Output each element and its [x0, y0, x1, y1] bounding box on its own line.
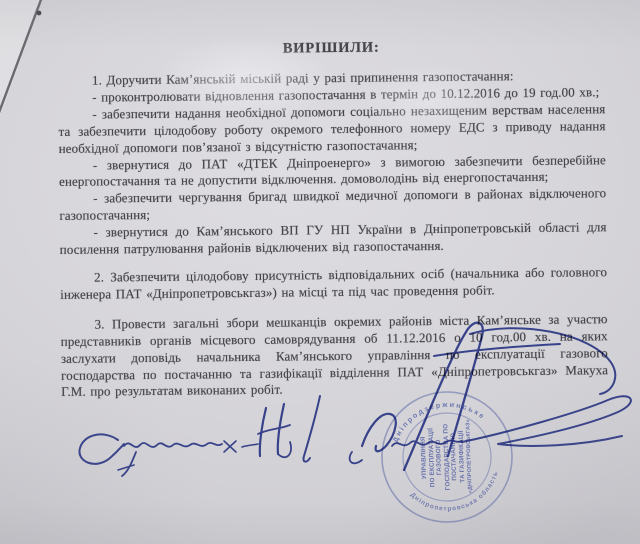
signature-stroke	[224, 441, 236, 452]
signature-stroke	[278, 442, 291, 457]
signature-stroke	[79, 434, 124, 463]
signature-flourish	[470, 328, 615, 394]
signature-stroke	[350, 452, 362, 463]
document-photo: ВИРІШИЛИ: 1. Доручити Кам’янській міські…	[0, 0, 640, 544]
signature-stroke	[118, 465, 134, 470]
signature-flourish	[404, 323, 483, 470]
signature-stroke	[303, 396, 320, 462]
signature-stroke	[242, 444, 258, 447]
signature-stroke	[362, 414, 396, 451]
signature-stroke	[462, 396, 631, 446]
signature-ink	[0, 0, 640, 544]
signature-stroke	[124, 443, 222, 447]
signature-stroke	[122, 452, 136, 476]
